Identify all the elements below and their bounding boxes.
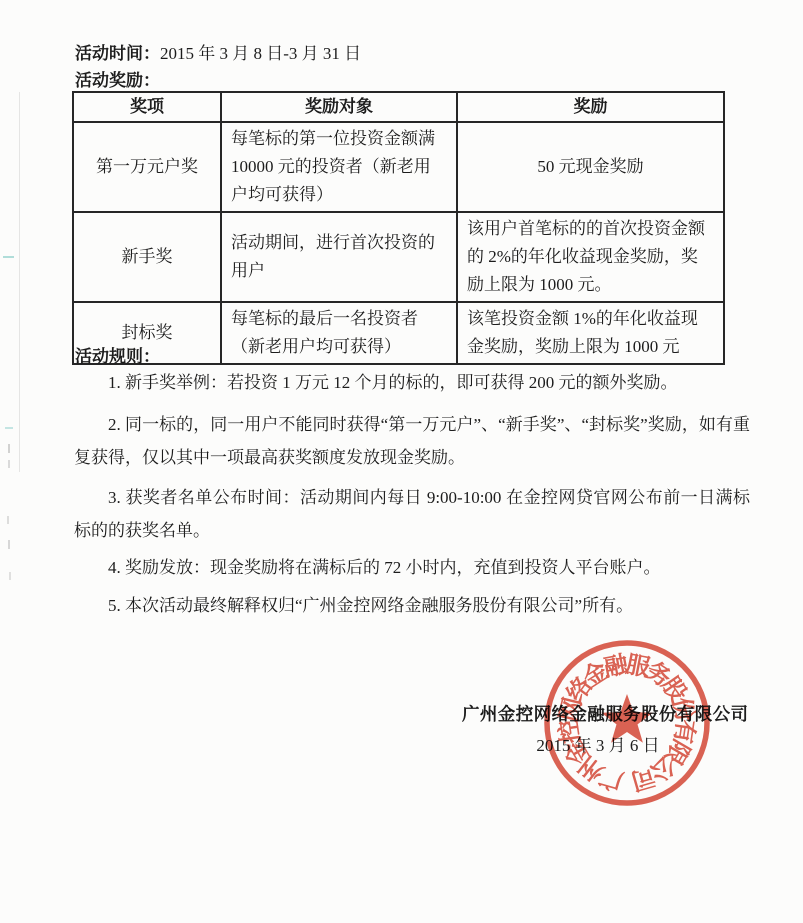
rewards-table: 奖项 奖励对象 奖励 第一万元户奖 每笔标的第一位投资金额满 10000 元的投…: [72, 91, 725, 365]
scan-artifact: [8, 460, 10, 468]
activity-time-line: 活动时间：2015 年 3 月 8 日-3 月 31 日: [75, 39, 361, 64]
scan-artifact: [19, 92, 20, 472]
activity-time-label: 活动时间：: [75, 44, 160, 63]
award-reward-cell: 该笔投资金额 1%的年化收益现金奖励，奖励上限为 1000 元: [457, 302, 724, 364]
rule-item-2: 2. 同一标的，同一用户不能同时获得“第一万元户”、“新手奖”、“封标奖”奖励，…: [74, 408, 750, 474]
signature-date: 2015 年 3 月 6 日: [462, 731, 734, 756]
column-header-target: 奖励对象: [221, 92, 457, 122]
rewards-table-header-row: 奖项 奖励对象 奖励: [73, 92, 724, 122]
activity-time-value: 2015 年 3 月 8 日-3 月 31 日: [160, 44, 361, 63]
column-header-reward: 奖励: [457, 92, 724, 122]
svg-text:广: 广: [596, 762, 627, 796]
scan-artifact: [8, 540, 10, 549]
award-target-cell: 每笔标的最后一名投资者（新老用户均可获得）: [221, 302, 457, 364]
svg-text:融: 融: [602, 651, 632, 682]
rule-item-4: 4. 奖励发放：现金奖励将在满标后的 72 小时内，充值到投资人平台账户。: [74, 551, 750, 584]
svg-text:司: 司: [628, 762, 659, 795]
company-signature: 广州金控网络金融服务股份有限公司: [462, 701, 734, 726]
rule-item-5: 5. 本次活动最终解释权归“广州金控网络金融服务股份有限公司”所有。: [74, 589, 750, 622]
scan-artifact: [7, 516, 9, 524]
award-target-cell: 活动期间，进行首次投资的用户: [221, 212, 457, 302]
award-name-cell: 新手奖: [73, 212, 221, 302]
svg-text:务: 务: [641, 656, 676, 693]
activity-rewards-heading: 活动奖励：: [75, 66, 160, 91]
column-header-award: 奖项: [73, 92, 221, 122]
rule-item-1: 1. 新手奖举例：若投资 1 万元 12 个月的标的，即可获得 200 元的额外…: [74, 366, 750, 399]
table-row: 封标奖 每笔标的最后一名投资者（新老用户均可获得） 该笔投资金额 1%的年化收益…: [73, 302, 724, 364]
award-target-cell: 每笔标的第一位投资金额满 10000 元的投资者（新老用户均可获得）: [221, 122, 457, 212]
award-reward-cell: 50 元现金奖励: [457, 122, 724, 212]
table-row: 第一万元户奖 每笔标的第一位投资金额满 10000 元的投资者（新老用户均可获得…: [73, 122, 724, 212]
svg-text:服: 服: [624, 651, 653, 682]
award-reward-cell: 该用户首笔标的的首次投资金额的 2%的年化收益现金奖励，奖励上限为 1000 元…: [457, 212, 724, 302]
scanned-document-page: 活动时间：2015 年 3 月 8 日-3 月 31 日 活动奖励： 奖项 奖励…: [0, 0, 803, 923]
rules-heading: 活动规则：: [75, 342, 160, 367]
scan-artifact: [5, 427, 13, 429]
award-name-cell: 第一万元户奖: [73, 122, 221, 212]
svg-text:金: 金: [578, 656, 613, 693]
table-row: 新手奖 活动期间，进行首次投资的用户 该用户首笔标的的首次投资金额的 2%的年化…: [73, 212, 724, 302]
scan-artifact: [3, 256, 14, 258]
scan-artifact: [9, 572, 11, 580]
scan-artifact: [8, 444, 10, 453]
rule-item-3: 3. 获奖者名单公布时间：活动期间内每日 9:00-10:00 在金控网贷官网公…: [74, 481, 750, 547]
